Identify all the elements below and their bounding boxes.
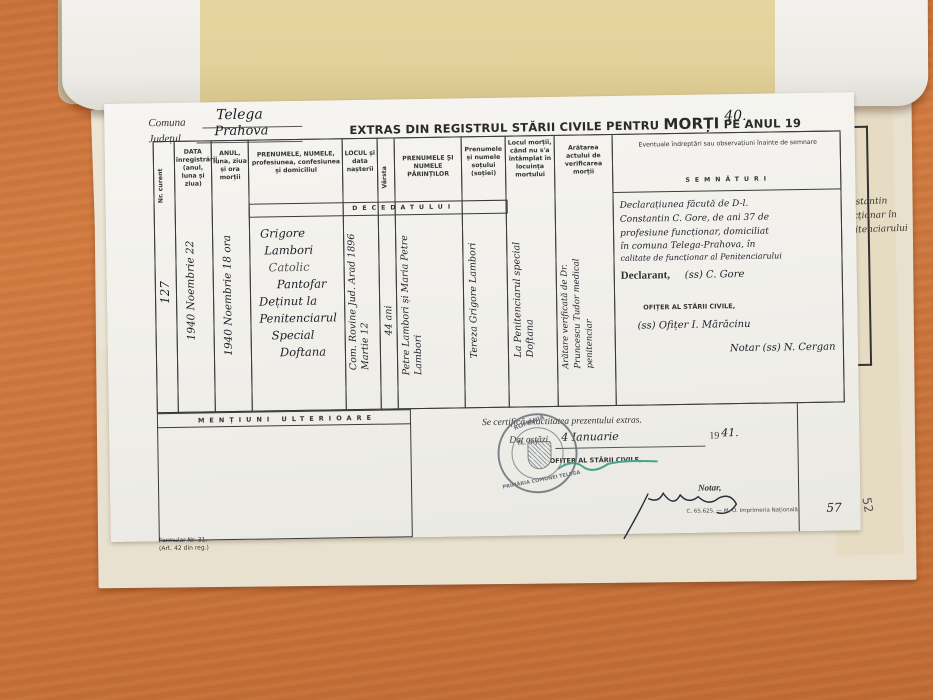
underlying-page-number: 52: [859, 496, 875, 513]
page-mark: 57: [826, 500, 841, 514]
entry-aratarea: Arătare verificată de Dr. Pruncescu Tudo…: [558, 218, 612, 369]
formular-note: Formular Nr. 31. (Art. 42 din reg.): [159, 536, 209, 553]
declarant-signature: (ss) C. Gore: [685, 268, 745, 282]
entry-varsta: 44 ani: [383, 305, 395, 335]
entry-locul-mortii: La Penitenciarul special Doftana: [511, 227, 555, 358]
dat-year-value: 41.: [721, 426, 739, 439]
entry-nr-curent: 127: [159, 281, 171, 304]
comuna-label: Comuna: [148, 117, 185, 130]
register-table: Nr. curent DATA înregistrării (anul, lun…: [153, 130, 847, 531]
header-anul: ANUL, luna, ziua și ora morții: [213, 150, 247, 183]
entry-data-mortii: 1940 Noembrie 18 ora: [221, 235, 235, 356]
death-certificate-extract: Comuna Telega Județul Prahova EXTRAS DIN…: [104, 92, 861, 542]
title-year-handwritten: 40.: [724, 108, 747, 124]
header-sot: Prenumele și numele soțului (soției): [463, 146, 504, 179]
entry-data-inregistrarii: 1940 Noembrie 22: [184, 241, 198, 341]
curled-page-tan-band: [200, 0, 775, 106]
header-varsta: Vârsta: [381, 164, 389, 192]
header-prenumele: PRENUMELE, NUMELE, profesiunea, confesiu…: [251, 150, 341, 175]
header-nr-curent: Nr. curent: [157, 161, 166, 211]
header-locul-mortii: Locul morții, când nu s'a întâmplat în l…: [507, 139, 554, 180]
entry-sot: Tereza Grigore Lambori: [467, 228, 507, 359]
printer-note: C. 65.625. — M. O. Imprimeria Națională.: [686, 507, 799, 515]
notar-signature-entry: Notar (ss) N. Cergan: [730, 341, 836, 356]
ofiter-semnaturi-label: OFIȚER AL STĂRII CIVILE,: [643, 302, 735, 311]
judetul-value: Prahova: [214, 123, 268, 139]
header-aratarea: Arătarea actului de verificarea morții: [556, 144, 611, 177]
comuna-value: Telega: [216, 107, 263, 124]
header-data: DATA înregistrării (anul, luna și ziua): [176, 148, 211, 189]
declarant-label: Declarant,: [621, 269, 670, 282]
dat-year-prefix: 19: [709, 430, 719, 441]
ofiter-signature: (ss) Ofițer I. Mărăcinu: [637, 318, 750, 333]
coat-of-arms-icon: [527, 441, 551, 469]
entry-locul-nasterii: Com. Rovine Jud. Arad 1896 Martie 12: [346, 230, 378, 370]
entry-parinti: Petre Lambori și Maria Petre Lambori: [399, 224, 461, 375]
header-parinti: PRENUMELE ȘI NUMELE PĂRINȚILOR: [396, 154, 460, 179]
header-locul: LOCUL și data nașterii: [344, 150, 376, 174]
